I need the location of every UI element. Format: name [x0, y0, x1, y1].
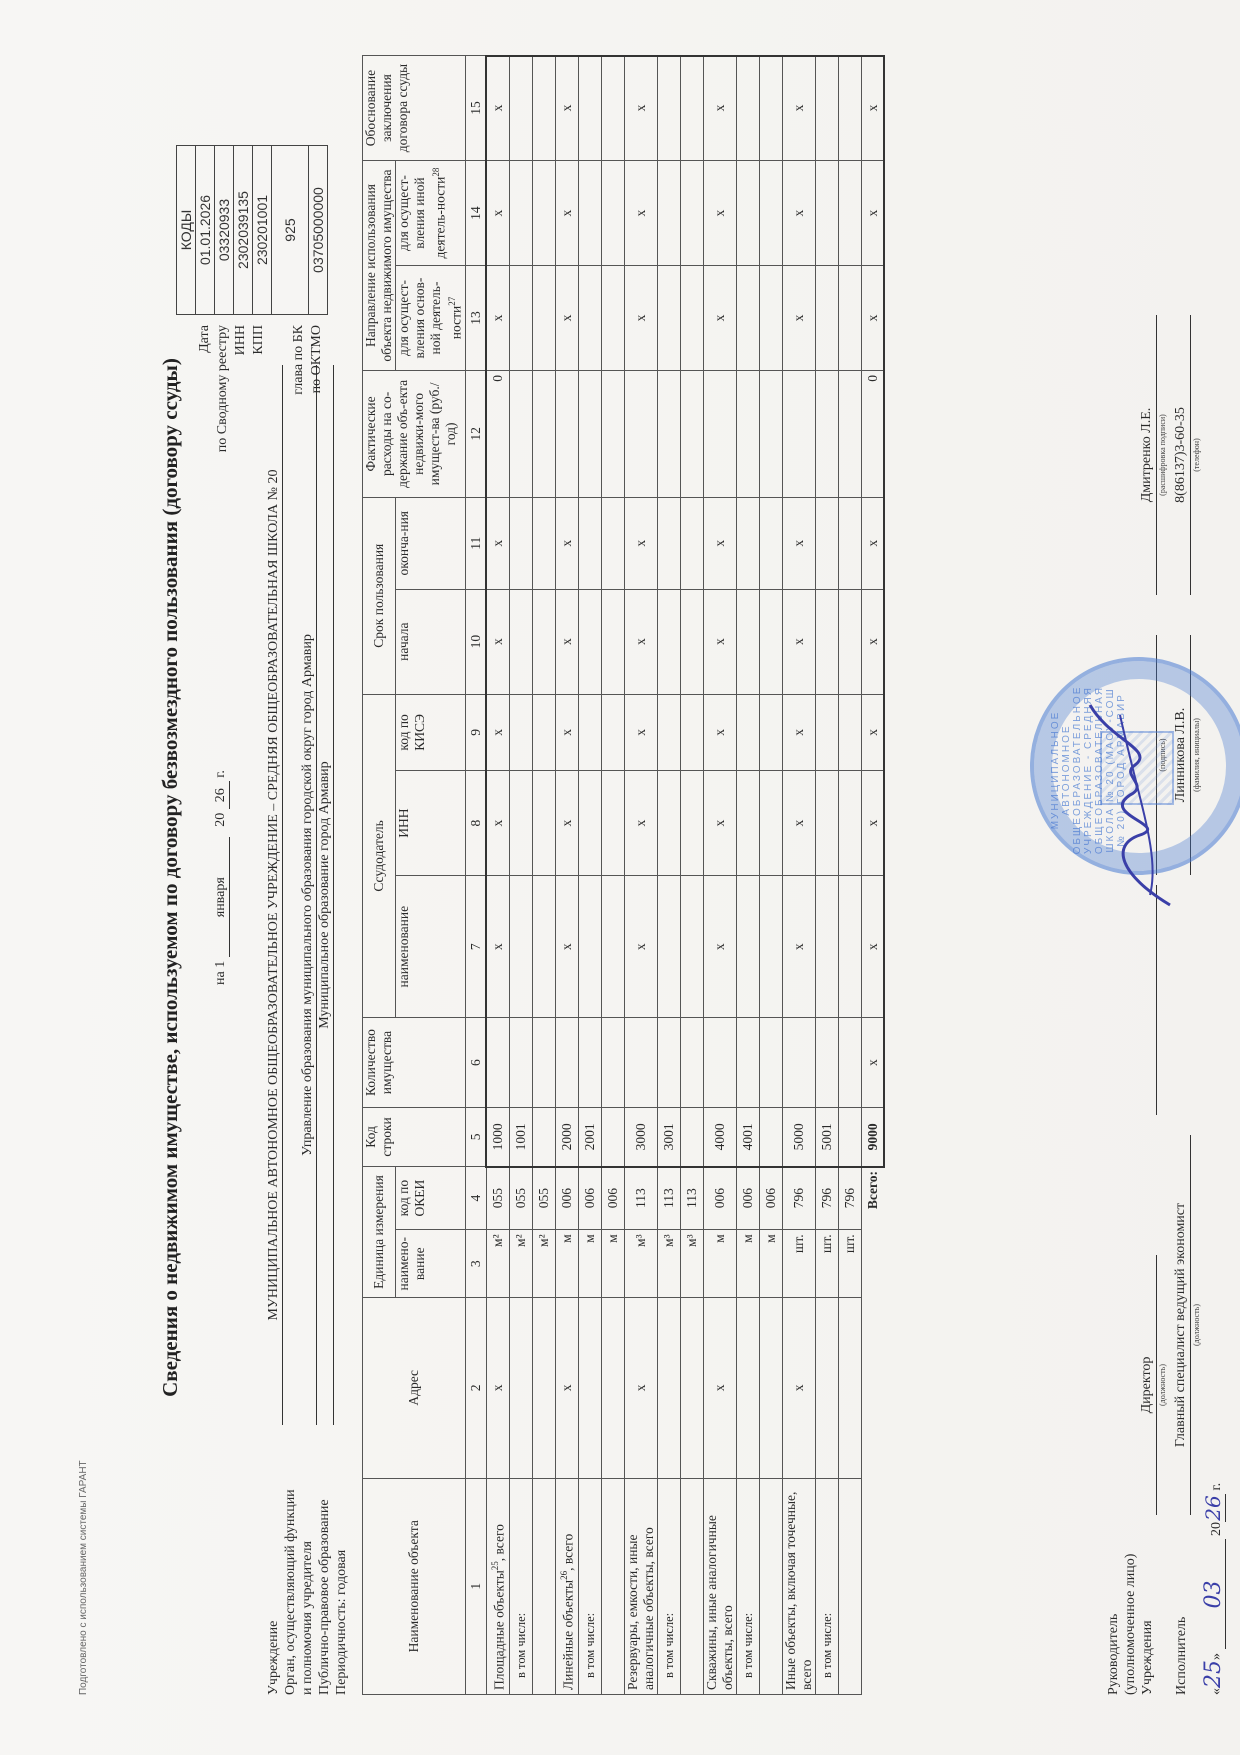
code-bk: 925	[272, 146, 309, 315]
cell-end	[759, 497, 782, 589]
table-row: в том числе:шт.7965001	[815, 56, 838, 1695]
cell-main	[736, 266, 759, 371]
column-number: 15	[465, 56, 486, 161]
cell-other: x	[703, 161, 736, 266]
cell-main: x	[555, 266, 578, 371]
table-row: м006	[601, 56, 624, 1695]
cell-okei: 006	[703, 1166, 736, 1229]
cell-inn: x	[624, 771, 657, 876]
table-body: Площадные объекты25, всегоxм²0551000xxxx…	[486, 56, 884, 1695]
column-number: 9	[465, 694, 486, 771]
cell-other: x	[782, 161, 815, 266]
cell-start	[509, 589, 532, 694]
column-number: 1	[465, 1478, 486, 1694]
row-name: в том числе:	[815, 1478, 838, 1694]
executor-phone: 8(86137)3-60-35	[1173, 315, 1189, 595]
table-row: м006	[759, 56, 782, 1695]
cell-inn	[578, 771, 601, 876]
signed-year-prefix: 20	[1209, 1522, 1224, 1536]
head-position-line	[1156, 1255, 1157, 1515]
public-entity-value: Муниципальное образование город Армавир	[316, 365, 334, 1425]
cell-okei: 796	[815, 1166, 838, 1229]
cell-end	[601, 497, 624, 589]
code-label-kpp: КПП	[250, 325, 267, 505]
signed-month: 03	[1201, 1581, 1226, 1609]
column-number: 12	[465, 370, 486, 497]
founder-value: Управление образования муниципального об…	[299, 365, 317, 1425]
row-name: Линейные объекты26, всего	[555, 1478, 578, 1694]
cell-code: 4001	[736, 1107, 759, 1166]
row-name: Резервуары, емкости, иные аналогичные об…	[624, 1478, 657, 1694]
cell-unit: м²	[532, 1230, 555, 1298]
cell-other	[601, 161, 624, 266]
cell-end	[509, 497, 532, 589]
cell-qty	[736, 1018, 759, 1108]
cell-code: 2001	[578, 1107, 601, 1166]
code-kpp: 230201001	[253, 146, 272, 315]
column-number: 3	[465, 1230, 486, 1298]
cell-unit: м	[555, 1230, 578, 1298]
date-year-prefix: 20	[213, 813, 228, 827]
table-row: Резервуары, емкости, иные аналогичные об…	[624, 56, 657, 1695]
institution-value: МУНИЦИПАЛЬНОЕ АВТОНОМНОЕ ОБЩЕОБРАЗОВАТЕЛ…	[265, 365, 283, 1425]
cell-main	[509, 266, 532, 371]
cell-address: x	[555, 1298, 578, 1478]
cell-address	[838, 1298, 861, 1478]
cell-basis	[532, 56, 555, 161]
cell-qty	[624, 1018, 657, 1108]
cell-address	[601, 1298, 624, 1478]
cell-code: 3001	[657, 1107, 680, 1166]
cell-other: x	[624, 161, 657, 266]
table-row: в том числе:м²0551001	[509, 56, 532, 1695]
total-kise: x	[861, 694, 884, 771]
col-header-line-code: Код строки	[363, 1107, 466, 1166]
cell-kise: x	[782, 694, 815, 771]
cell-basis	[601, 56, 624, 161]
cell-okei: 006	[759, 1166, 782, 1229]
cell-kise	[509, 694, 532, 771]
date-prefix: на 1	[213, 961, 228, 985]
cell-inn	[532, 771, 555, 876]
cell-unit: м³	[624, 1230, 657, 1298]
cell-basis	[657, 56, 680, 161]
cell-basis	[680, 56, 703, 161]
cell-end: x	[782, 497, 815, 589]
cell-main	[532, 266, 555, 371]
column-number: 5	[465, 1107, 486, 1166]
cell-unit: м³	[657, 1230, 680, 1298]
table-row: в том числе:м³1133001	[657, 56, 680, 1695]
cell-main: x	[782, 266, 815, 371]
cell-unit: м	[759, 1230, 782, 1298]
row-name: в том числе:	[578, 1478, 601, 1694]
cell-address	[815, 1298, 838, 1478]
cell-qty	[680, 1018, 703, 1108]
cell-unit: м	[578, 1230, 601, 1298]
cell-lender-name: x	[486, 876, 509, 1018]
table-row: м³113	[680, 56, 703, 1695]
cell-start	[657, 589, 680, 694]
cell-code: 3000	[624, 1107, 657, 1166]
cell-okei: 113	[680, 1166, 703, 1229]
cell-main: x	[486, 266, 509, 371]
founder-label-2: и полномочия учредителя	[299, 1541, 316, 1695]
cell-start: x	[782, 589, 815, 694]
cell-main	[815, 266, 838, 371]
institution-label: Учреждение	[265, 1621, 282, 1695]
cell-address: x	[782, 1298, 815, 1478]
cell-unit: м²	[486, 1230, 509, 1298]
cell-lender-name	[578, 876, 601, 1018]
cell-qty	[578, 1018, 601, 1108]
cell-end	[815, 497, 838, 589]
cell-lender-name: x	[624, 876, 657, 1018]
cell-qty	[486, 1018, 509, 1108]
cell-okei: 055	[532, 1166, 555, 1229]
cell-end	[578, 497, 601, 589]
head-name-caption: (расшифровка подписи)	[1158, 315, 1167, 595]
cell-inn: x	[782, 771, 815, 876]
cell-inn	[680, 771, 703, 876]
cell-okei: 796	[838, 1166, 861, 1229]
col-header-unit-code: код по ОКЕИ	[396, 1166, 466, 1229]
cell-kise	[736, 694, 759, 771]
col-header-lender-name: наименование	[396, 876, 466, 1018]
date-month: января	[213, 837, 230, 957]
total-lender-name: x	[861, 876, 884, 1018]
cell-inn: x	[555, 771, 578, 876]
cell-lender-name: x	[703, 876, 736, 1018]
cell-expenses	[782, 370, 815, 497]
row-name	[759, 1478, 782, 1694]
executor-label: Исполнитель	[1173, 1617, 1190, 1695]
cell-end: x	[624, 497, 657, 589]
cell-unit: м	[703, 1230, 736, 1298]
col-header-term: Срок пользования	[363, 497, 396, 694]
col-header-lender: Ссудодатель	[363, 694, 396, 1018]
row-name: в том числе:	[509, 1478, 532, 1694]
cell-kise	[759, 694, 782, 771]
cell-expenses	[532, 370, 555, 497]
col-header-lender-kise: код по КИСЭ	[396, 694, 466, 771]
cell-start	[815, 589, 838, 694]
column-number: 7	[465, 876, 486, 1018]
table-row: в том числе:м0062001	[578, 56, 601, 1695]
cell-end	[680, 497, 703, 589]
cell-basis: x	[782, 56, 815, 161]
garant-note: Подготовлено с использованием системы ГА…	[78, 1460, 89, 1695]
cell-kise: x	[703, 694, 736, 771]
code-label-registry: по Сводному реестру	[214, 325, 231, 505]
column-number: 4	[465, 1166, 486, 1229]
cell-kise	[815, 694, 838, 771]
cell-basis: x	[486, 56, 509, 161]
cell-other	[680, 161, 703, 266]
cell-inn	[509, 771, 532, 876]
cell-inn	[657, 771, 680, 876]
col-header-direction-main: для осущест-вления основ-ной деятель-нос…	[396, 266, 466, 371]
row-name: Скважины, иные аналогичные объекты, всег…	[703, 1478, 736, 1694]
date-suffix: г.	[213, 770, 228, 778]
cell-expenses	[509, 370, 532, 497]
code-inn: 2302039135	[234, 146, 253, 315]
cell-unit: м³	[680, 1230, 703, 1298]
cell-basis: x	[703, 56, 736, 161]
cell-inn	[838, 771, 861, 876]
cell-inn: x	[486, 771, 509, 876]
table-row: Линейные объекты26, всегоxм0062000xxxxxx…	[555, 56, 578, 1695]
total-spacer	[861, 1230, 884, 1695]
cell-qty	[759, 1018, 782, 1108]
cell-end	[532, 497, 555, 589]
cell-address	[759, 1298, 782, 1478]
executor-phone-caption: (телефон)	[1192, 315, 1201, 595]
table-row: Иные объекты, включая точечные, всегоxшт…	[782, 56, 815, 1695]
cell-address: x	[624, 1298, 657, 1478]
cell-code: 5001	[815, 1107, 838, 1166]
column-number: 6	[465, 1018, 486, 1108]
cell-lender-name	[759, 876, 782, 1018]
col-header-term-end: оконча-ния	[396, 497, 466, 589]
head-label-1: Руководитель	[1105, 1614, 1122, 1695]
cell-address	[509, 1298, 532, 1478]
cell-basis	[509, 56, 532, 161]
cell-other	[657, 161, 680, 266]
signed-year: 26	[1201, 1495, 1225, 1520]
cell-unit: шт.	[782, 1230, 815, 1298]
cell-expenses	[578, 370, 601, 497]
column-number: 14	[465, 161, 486, 266]
col-header-direction: Направление использования объекта недвиж…	[363, 161, 396, 371]
cell-address	[680, 1298, 703, 1478]
cell-lender-name	[509, 876, 532, 1018]
cell-start	[759, 589, 782, 694]
cell-start: x	[486, 589, 509, 694]
cell-other: x	[555, 161, 578, 266]
cell-kise	[657, 694, 680, 771]
cell-qty	[815, 1018, 838, 1108]
total-inn: x	[861, 771, 884, 876]
cell-expenses	[624, 370, 657, 497]
code-label-bk: глава по БК	[290, 325, 307, 505]
cell-lender-name	[838, 876, 861, 1018]
cell-expenses	[736, 370, 759, 497]
col-header-name: Наименование объекта	[363, 1478, 466, 1694]
total-other: x	[861, 161, 884, 266]
cell-code: 4000	[703, 1107, 736, 1166]
row-name	[601, 1478, 624, 1694]
cell-expenses	[759, 370, 782, 497]
periodicity-label: Периодичность: годовая	[333, 1550, 350, 1695]
cell-start	[736, 589, 759, 694]
cell-code: 5000	[782, 1107, 815, 1166]
cell-code	[532, 1107, 555, 1166]
col-header-unit-name: наимено-вание	[396, 1230, 466, 1298]
cell-other	[815, 161, 838, 266]
cell-qty	[532, 1018, 555, 1108]
row-name	[680, 1478, 703, 1694]
cell-expenses	[657, 370, 680, 497]
handwritten-signature	[1080, 695, 1190, 915]
code-label-oktmo: по ОКТМО	[308, 325, 325, 505]
col-header-basis: Обоснование заключения договора ссуды	[363, 56, 466, 161]
cell-okei: 113	[657, 1166, 680, 1229]
cell-other	[759, 161, 782, 266]
cell-unit: м²	[509, 1230, 532, 1298]
cell-kise	[532, 694, 555, 771]
code-registry: 03320933	[215, 146, 234, 315]
cell-main: x	[624, 266, 657, 371]
codes-box: КОДЫ 01.01.2026 03320933 2302039135 2302…	[176, 145, 328, 315]
cell-inn	[601, 771, 624, 876]
cell-lender-name	[532, 876, 555, 1018]
cell-other	[578, 161, 601, 266]
cell-kise	[680, 694, 703, 771]
cell-lender-name	[815, 876, 838, 1018]
cell-expenses	[815, 370, 838, 497]
cell-kise	[838, 694, 861, 771]
cell-okei: 113	[624, 1166, 657, 1229]
cell-okei: 006	[601, 1166, 624, 1229]
cell-code	[838, 1107, 861, 1166]
cell-inn	[736, 771, 759, 876]
cell-lender-name	[601, 876, 624, 1018]
total-row: Всего:9000xxxxxx0xxx	[861, 56, 884, 1695]
cell-code: 2000	[555, 1107, 578, 1166]
col-header-address: Адрес	[363, 1298, 466, 1478]
cell-qty	[703, 1018, 736, 1108]
property-table: Наименование объекта Адрес Единица измер…	[362, 55, 885, 1695]
cell-address	[736, 1298, 759, 1478]
cell-unit: м	[736, 1230, 759, 1298]
table-row: Скважины, иные аналогичные объекты, всег…	[703, 56, 736, 1695]
column-number: 2	[465, 1298, 486, 1478]
cell-okei: 006	[736, 1166, 759, 1229]
total-code: 9000	[861, 1107, 884, 1166]
cell-end: x	[703, 497, 736, 589]
cell-address	[657, 1298, 680, 1478]
cell-qty	[509, 1018, 532, 1108]
cell-basis	[759, 56, 782, 161]
cell-kise: x	[555, 694, 578, 771]
row-name: в том числе:	[736, 1478, 759, 1694]
executor-upper-line	[1156, 885, 1157, 1115]
cell-basis	[578, 56, 601, 161]
row-name: Иные объекты, включая точечные, всего	[782, 1478, 815, 1694]
public-entity-label: Публично-правовое образование	[316, 1499, 333, 1695]
cell-start: x	[703, 589, 736, 694]
column-numbers-row: 123456789101112131415	[465, 56, 486, 1695]
cell-unit: шт.	[838, 1230, 861, 1298]
cell-main	[578, 266, 601, 371]
signed-year-suffix: г.	[1209, 1483, 1224, 1491]
cell-end	[657, 497, 680, 589]
cell-address: x	[703, 1298, 736, 1478]
head-position-caption: (должность)	[1158, 1255, 1167, 1515]
cell-kise: x	[624, 694, 657, 771]
cell-lender-name: x	[782, 876, 815, 1018]
total-start: x	[861, 589, 884, 694]
col-header-direction-other: для осущест-вления иной деятель-ности28	[396, 161, 466, 266]
cell-start	[680, 589, 703, 694]
document-sheet: Подготовлено с использованием системы ГА…	[0, 0, 1240, 1755]
cell-okei: 006	[555, 1166, 578, 1229]
cell-other	[736, 161, 759, 266]
row-name: Площадные объекты25, всего	[486, 1478, 509, 1694]
row-name	[532, 1478, 555, 1694]
total-qty: x	[861, 1018, 884, 1108]
cell-expenses	[601, 370, 624, 497]
executor-position-line	[1190, 1135, 1191, 1515]
total-main: x	[861, 266, 884, 371]
cell-start: x	[555, 589, 578, 694]
code-label-date: Дата	[196, 325, 213, 505]
cell-unit: м	[601, 1230, 624, 1298]
head-name: Дмитренко Л.Е.	[1139, 315, 1155, 595]
cell-kise: x	[486, 694, 509, 771]
cell-main	[601, 266, 624, 371]
cell-lender-name: x	[555, 876, 578, 1018]
column-number: 10	[465, 589, 486, 694]
cell-other: x	[486, 161, 509, 266]
total-basis: x	[861, 56, 884, 161]
total-end: x	[861, 497, 884, 589]
head-name-line	[1156, 315, 1157, 595]
executor-phone-line	[1190, 315, 1191, 595]
table-row: м²055	[532, 56, 555, 1695]
col-header-quantity: Количество имущества	[363, 1018, 466, 1108]
cell-code	[680, 1107, 703, 1166]
cell-basis: x	[624, 56, 657, 161]
cell-expenses	[555, 370, 578, 497]
row-name: в том числе:	[657, 1478, 680, 1694]
executor-position-caption: (должность)	[1192, 1135, 1201, 1515]
cell-okei: 055	[486, 1166, 509, 1229]
signed-date: «25» 03 2026 г.	[1205, 1483, 1226, 1695]
cell-address	[578, 1298, 601, 1478]
cell-start	[532, 589, 555, 694]
total-expenses: 0	[861, 370, 884, 497]
cell-lender-name	[680, 876, 703, 1018]
cell-lender-name	[736, 876, 759, 1018]
signed-day: 25	[1201, 1660, 1226, 1688]
cell-lender-name	[657, 876, 680, 1018]
column-number: 8	[465, 771, 486, 876]
code-date: 01.01.2026	[196, 146, 215, 315]
cell-qty	[782, 1018, 815, 1108]
col-header-lender-inn: ИНН	[396, 771, 466, 876]
table-row: в том числе:м0064001	[736, 56, 759, 1695]
cell-expenses	[680, 370, 703, 497]
cell-qty	[838, 1018, 861, 1108]
cell-code	[759, 1107, 782, 1166]
executor-position: Главный специалист ведущий экономист	[1173, 1135, 1189, 1515]
col-header-expenses: Фактические расходы на со-держание объ-е…	[363, 370, 466, 497]
cell-expenses: 0	[486, 370, 509, 497]
cell-start: x	[624, 589, 657, 694]
cell-okei: 796	[782, 1166, 815, 1229]
cell-qty	[555, 1018, 578, 1108]
cell-other	[838, 161, 861, 266]
column-number: 11	[465, 497, 486, 589]
cell-code: 1001	[509, 1107, 532, 1166]
cell-expenses	[838, 370, 861, 497]
cell-main	[657, 266, 680, 371]
founder-label-1: Орган, осуществляющий функции	[282, 1489, 299, 1695]
cell-basis: x	[555, 56, 578, 161]
cell-inn	[759, 771, 782, 876]
